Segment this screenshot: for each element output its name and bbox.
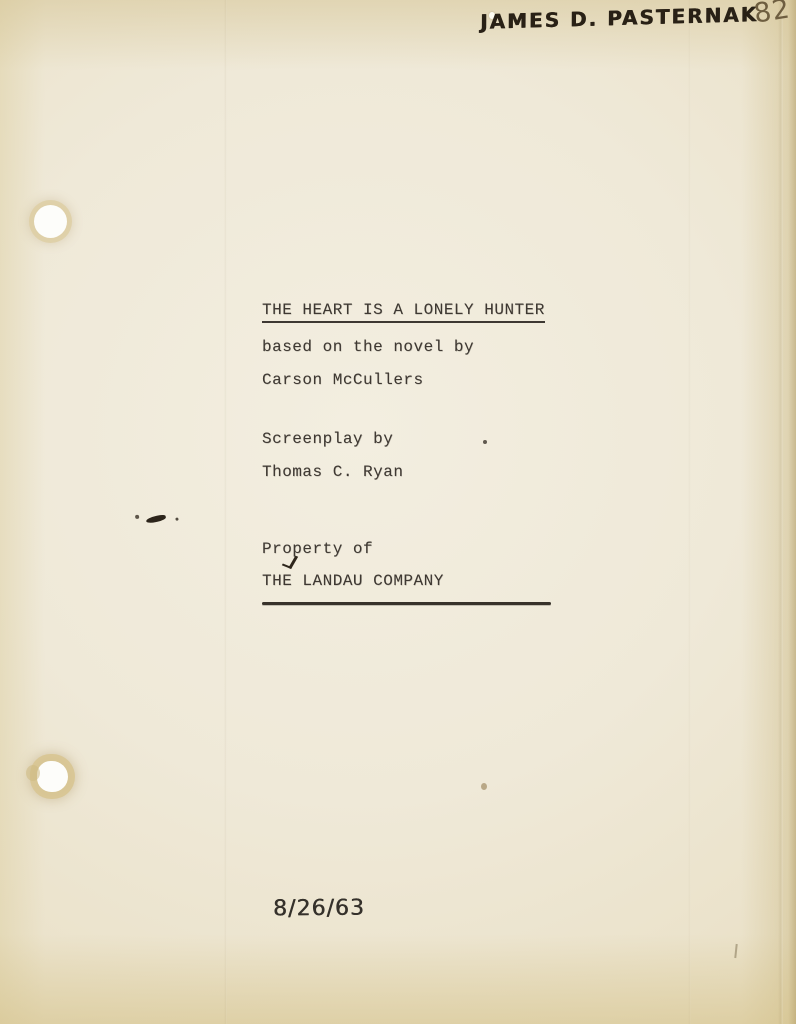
paper-edge-shadow	[788, 0, 796, 1024]
screenplay-by-label: Screenplay by	[262, 430, 393, 448]
company-name: THE LANDAU COMPANY	[262, 572, 444, 590]
based-on-line: based on the novel by	[262, 338, 474, 356]
screenwriter-name: Thomas C. Ryan	[262, 463, 403, 481]
hole-punch-top	[34, 205, 67, 238]
scanned-script-cover: James D. Pasternak 82 THE HEART IS A LON…	[0, 0, 796, 1024]
ink-dot	[483, 440, 487, 444]
paper-stain-dot	[481, 783, 487, 790]
novel-author: Carson McCullers	[262, 371, 424, 389]
paper-background	[0, 0, 796, 1024]
horizontal-rule	[262, 602, 551, 605]
script-title-underlined: THE HEART IS A LONELY HUNTER	[262, 301, 545, 323]
hole-punch-bottom	[37, 761, 68, 792]
script-title: THE HEART IS A LONELY HUNTER	[262, 301, 545, 319]
handwritten-date: 8/26/63	[273, 896, 365, 922]
property-of-label: Property of	[262, 540, 373, 558]
torn-paper-edge	[26, 765, 40, 781]
